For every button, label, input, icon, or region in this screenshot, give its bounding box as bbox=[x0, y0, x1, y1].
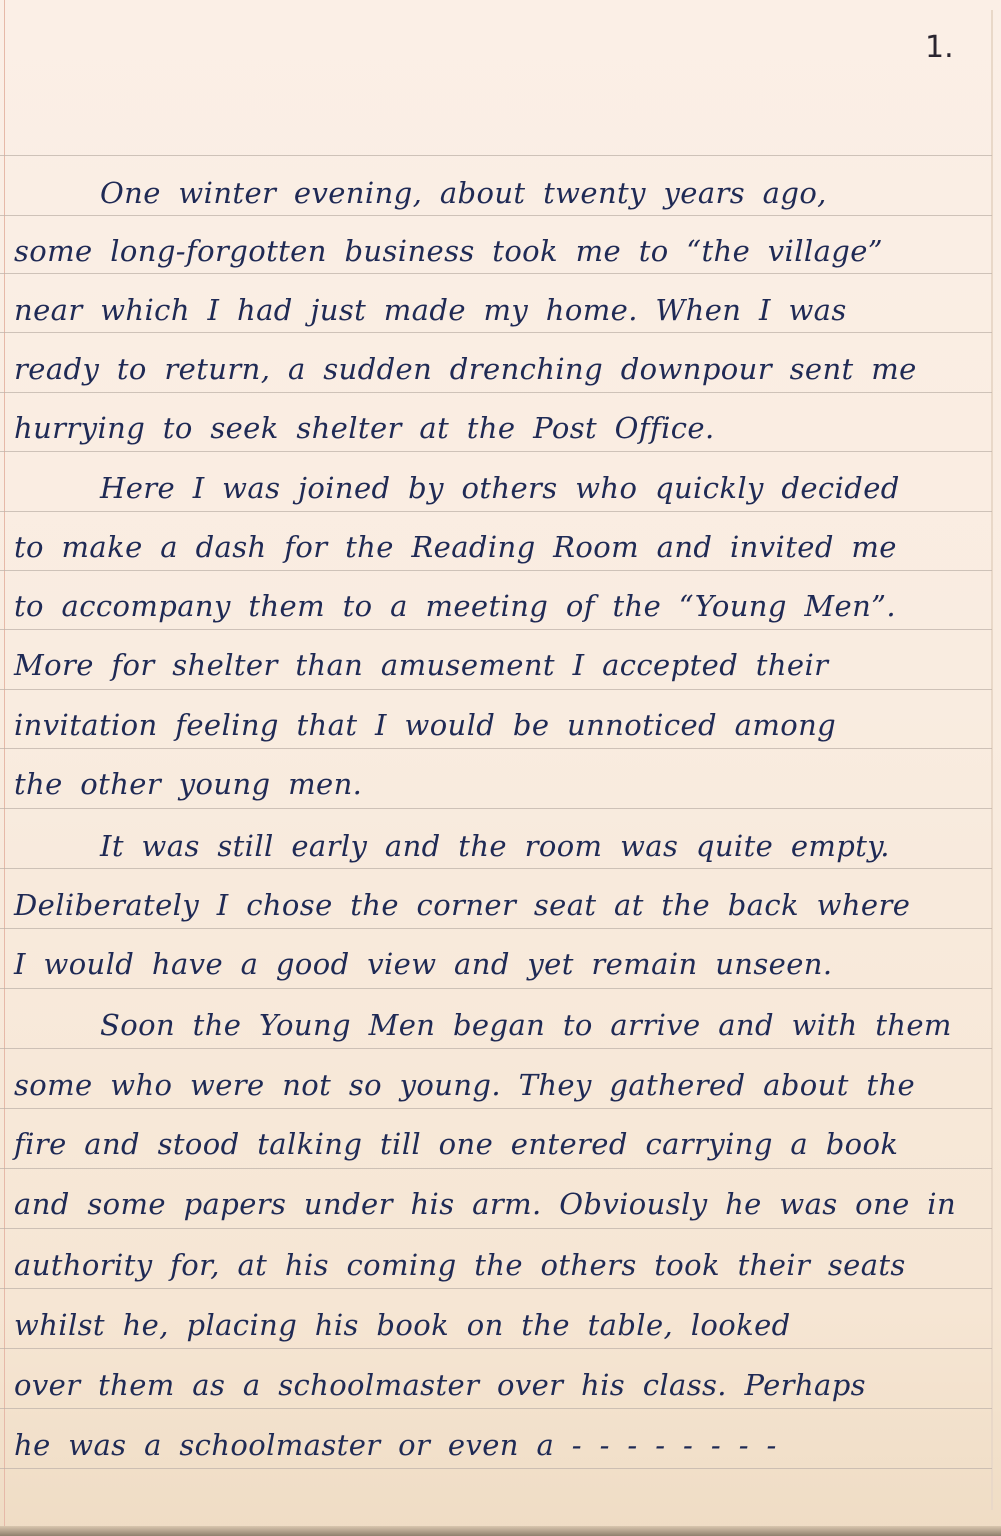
rule-line bbox=[0, 748, 992, 749]
text-line: invitation feeling that I would be unnot… bbox=[14, 708, 989, 742]
text-line: fire and stood talking till one entered … bbox=[14, 1127, 989, 1161]
rule-line bbox=[0, 215, 992, 216]
text-line: and some papers under his arm. Obviously… bbox=[14, 1187, 989, 1221]
text-line: authority for, at his coming the others … bbox=[14, 1248, 989, 1282]
rule-line bbox=[0, 629, 992, 630]
text-line: the other young men. bbox=[14, 767, 989, 801]
text-line: Deliberately I chose the corner seat at … bbox=[14, 888, 989, 922]
text-line: he was a schoolmaster or even a - - - - … bbox=[14, 1428, 989, 1462]
page-bottom-shadow bbox=[0, 1526, 1001, 1536]
text-line: some long-forgotten business took me to … bbox=[14, 234, 989, 268]
text-line: One winter evening, about twenty years a… bbox=[100, 176, 980, 210]
text-line: some who were not so young. They gathere… bbox=[14, 1068, 989, 1102]
rule-line bbox=[0, 1108, 992, 1109]
notebook-page: 1. One winter evening, about twenty year… bbox=[0, 0, 1001, 1536]
rule-line bbox=[0, 273, 992, 274]
rule-line bbox=[0, 1348, 992, 1349]
page-right-edge bbox=[991, 10, 993, 1510]
text-line: to make a dash for the Reading Room and … bbox=[14, 530, 989, 564]
rule-line bbox=[0, 808, 992, 809]
rule-line bbox=[0, 332, 992, 333]
rule-line bbox=[0, 1468, 992, 1469]
rule-line bbox=[0, 1408, 992, 1409]
text-line: It was still early and the room was quit… bbox=[100, 829, 980, 863]
rule-line bbox=[0, 155, 992, 156]
text-line: whilst he, placing his book on the table… bbox=[14, 1308, 989, 1342]
text-line: More for shelter than amusement I accept… bbox=[14, 648, 989, 682]
text-line: Here I was joined by others who quickly … bbox=[100, 471, 980, 505]
text-line: over them as a schoolmaster over his cla… bbox=[14, 1368, 989, 1402]
page-left-edge bbox=[4, 0, 5, 1536]
text-line: hurrying to seek shelter at the Post Off… bbox=[14, 411, 989, 445]
rule-line bbox=[0, 570, 992, 571]
rule-line bbox=[0, 868, 992, 869]
rule-line bbox=[0, 988, 992, 989]
rule-line bbox=[0, 1048, 992, 1049]
rule-line bbox=[0, 1168, 992, 1169]
rule-line bbox=[0, 511, 992, 512]
rule-line bbox=[0, 1288, 992, 1289]
text-line: near which I had just made my home. When… bbox=[14, 293, 989, 327]
rule-line bbox=[0, 451, 992, 452]
rule-line bbox=[0, 392, 992, 393]
rule-line bbox=[0, 689, 992, 690]
rule-line bbox=[0, 928, 992, 929]
text-line: Soon the Young Men began to arrive and w… bbox=[100, 1008, 980, 1042]
text-line: to accompany them to a meeting of the “Y… bbox=[14, 589, 989, 623]
text-line: ready to return, a sudden drenching down… bbox=[14, 352, 989, 386]
page-number: 1. bbox=[925, 30, 954, 65]
rule-line bbox=[0, 1228, 992, 1229]
text-line: I would have a good view and yet remain … bbox=[14, 947, 989, 981]
